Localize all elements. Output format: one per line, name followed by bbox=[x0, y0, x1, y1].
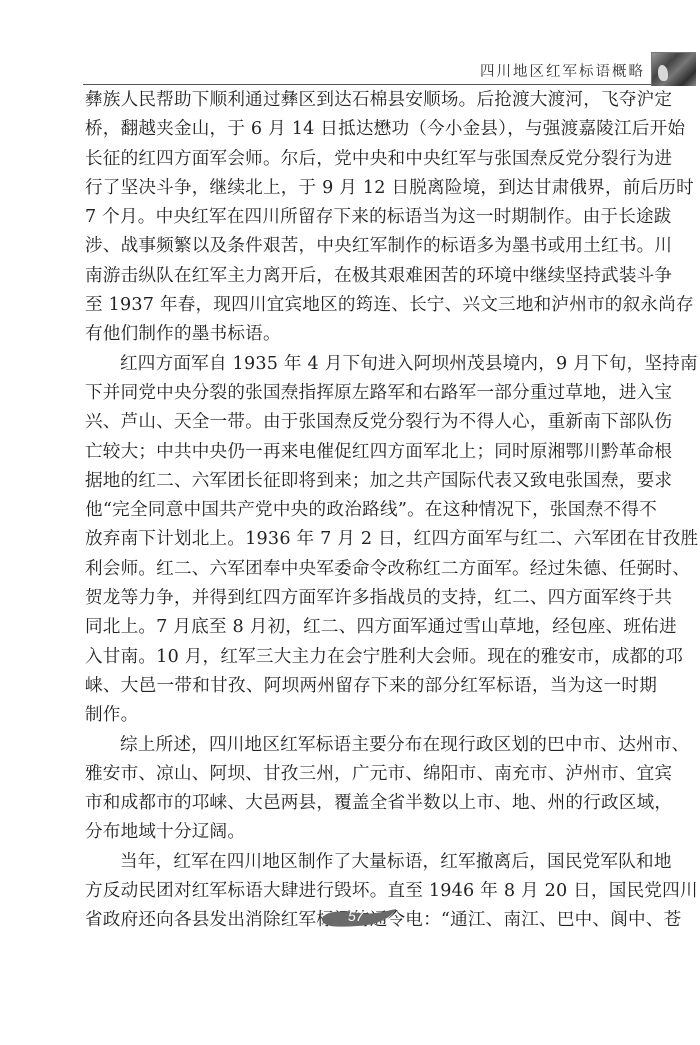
header-divider bbox=[83, 84, 651, 85]
text-line: 分布地域十分辽阔。 bbox=[85, 818, 657, 847]
body-text: 彝族人民帮助下顺利通过彝区到达石棉县安顺场。后抢渡大渡河，飞夺沪定桥，翻越夹金山… bbox=[85, 86, 657, 936]
text-line: 下并同党中央分裂的张国焘指挥原左路军和右路军一部分重过草地，进入宝 bbox=[85, 379, 657, 408]
text-line: 据地的红二、六军团长征即将到来；加之共产国际代表又致电张国焘，要求 bbox=[85, 467, 657, 496]
page-number-badge: 57 bbox=[318, 907, 398, 927]
text-line: 利会师。红二、六军团奉中央军委命令改称红二方面军。经过朱德、任弼时、 bbox=[85, 555, 657, 584]
text-line: 制作。 bbox=[85, 701, 657, 730]
text-line: 长征的红四方面军会师。尔后，党中央和中央红军与张国焘反党分裂行为进 bbox=[85, 145, 657, 174]
text-line: 红四方面军自 1935 年 4 月下旬进入阿坝州茂县境内，9 月下旬，坚持南 bbox=[85, 350, 657, 379]
text-line: 南游击纵队在红军主力离开后，在极其艰难困苦的环境中继续坚持武装斗争 bbox=[85, 262, 657, 291]
page-number: 57 bbox=[348, 908, 364, 924]
text-line: 崃、大邑一带和甘孜、阿坝两州留存下来的部分红军标语，当为这一时期 bbox=[85, 672, 657, 701]
text-line: 市和成都市的邛崃、大邑两县，覆盖全省半数以上市、地、州的行政区域， bbox=[85, 789, 657, 818]
text-line: 桥，翻越夹金山，于 6 月 14 日抵达懋功（今小金县），与强渡嘉陵江后开始 bbox=[85, 115, 657, 144]
text-line: 同北上。7 月底至 8 月初，红二、四方面军通过雪山草地，经包座、班佑进 bbox=[85, 613, 657, 642]
text-line: 亡较大；中共中央仍一再来电催促红四方面军北上；同时原湘鄂川黔革命根 bbox=[85, 438, 657, 467]
text-line: 贺龙等力争，并得到红四方面军许多指战员的支持，红二、四方面军终于共 bbox=[85, 584, 657, 613]
text-line: 他“完全同意中国共产党中央的政治路线”。在这种情况下，张国焘不得不 bbox=[85, 496, 657, 525]
header-decorative-image bbox=[651, 52, 696, 86]
text-line: 雅安市、凉山、阿坝、甘孜三州，广元市、绵阳市、南充市、泸州市、宜宾 bbox=[85, 760, 657, 789]
text-line: 兴、芦山、天全一带。由于张国焘反党分裂行为不得人心，重新南下部队伤 bbox=[85, 408, 657, 437]
text-line: 综上所述，四川地区红军标语主要分布在现行政区划的巴中市、达州市、 bbox=[85, 731, 657, 760]
text-line: 涉、战事频繁以及条件艰苦，中央红军制作的标语多为墨书或用土红书。川 bbox=[85, 232, 657, 261]
text-line: 入甘南。10 月，红军三大主力在会宁胜利大会师。现在的雅安市，成都的邛 bbox=[85, 643, 657, 672]
text-line: 行了坚决斗争，继续北上，于 9 月 12 日脱离险境，到达甘肃俄界，前后历时 bbox=[85, 174, 657, 203]
text-line: 放弃南下计划北上。1936 年 7 月 2 日，红四方面军与红二、六军团在甘孜胜 bbox=[85, 525, 657, 554]
text-line: 至 1937 年春，现四川宜宾地区的筠连、长宁、兴文三地和泸州市的叙永尚存 bbox=[85, 291, 657, 320]
text-line: 当年，红军在四川地区制作了大量标语，红军撤离后，国民党军队和地 bbox=[85, 848, 657, 877]
text-line: 彝族人民帮助下顺利通过彝区到达石棉县安顺场。后抢渡大渡河，飞夺沪定 bbox=[85, 86, 657, 115]
running-title: 四川地区红军标语概略 bbox=[470, 60, 645, 81]
text-line: 7 个月。中央红军在四川所留存下来的标语当为这一时期制作。由于长途跋 bbox=[85, 203, 657, 232]
text-line: 有他们制作的墨书标语。 bbox=[85, 320, 657, 349]
text-line: 方反动民团对红军标语大肆进行毁坏。直至 1946 年 8 月 20 日，国民党四… bbox=[85, 877, 657, 906]
